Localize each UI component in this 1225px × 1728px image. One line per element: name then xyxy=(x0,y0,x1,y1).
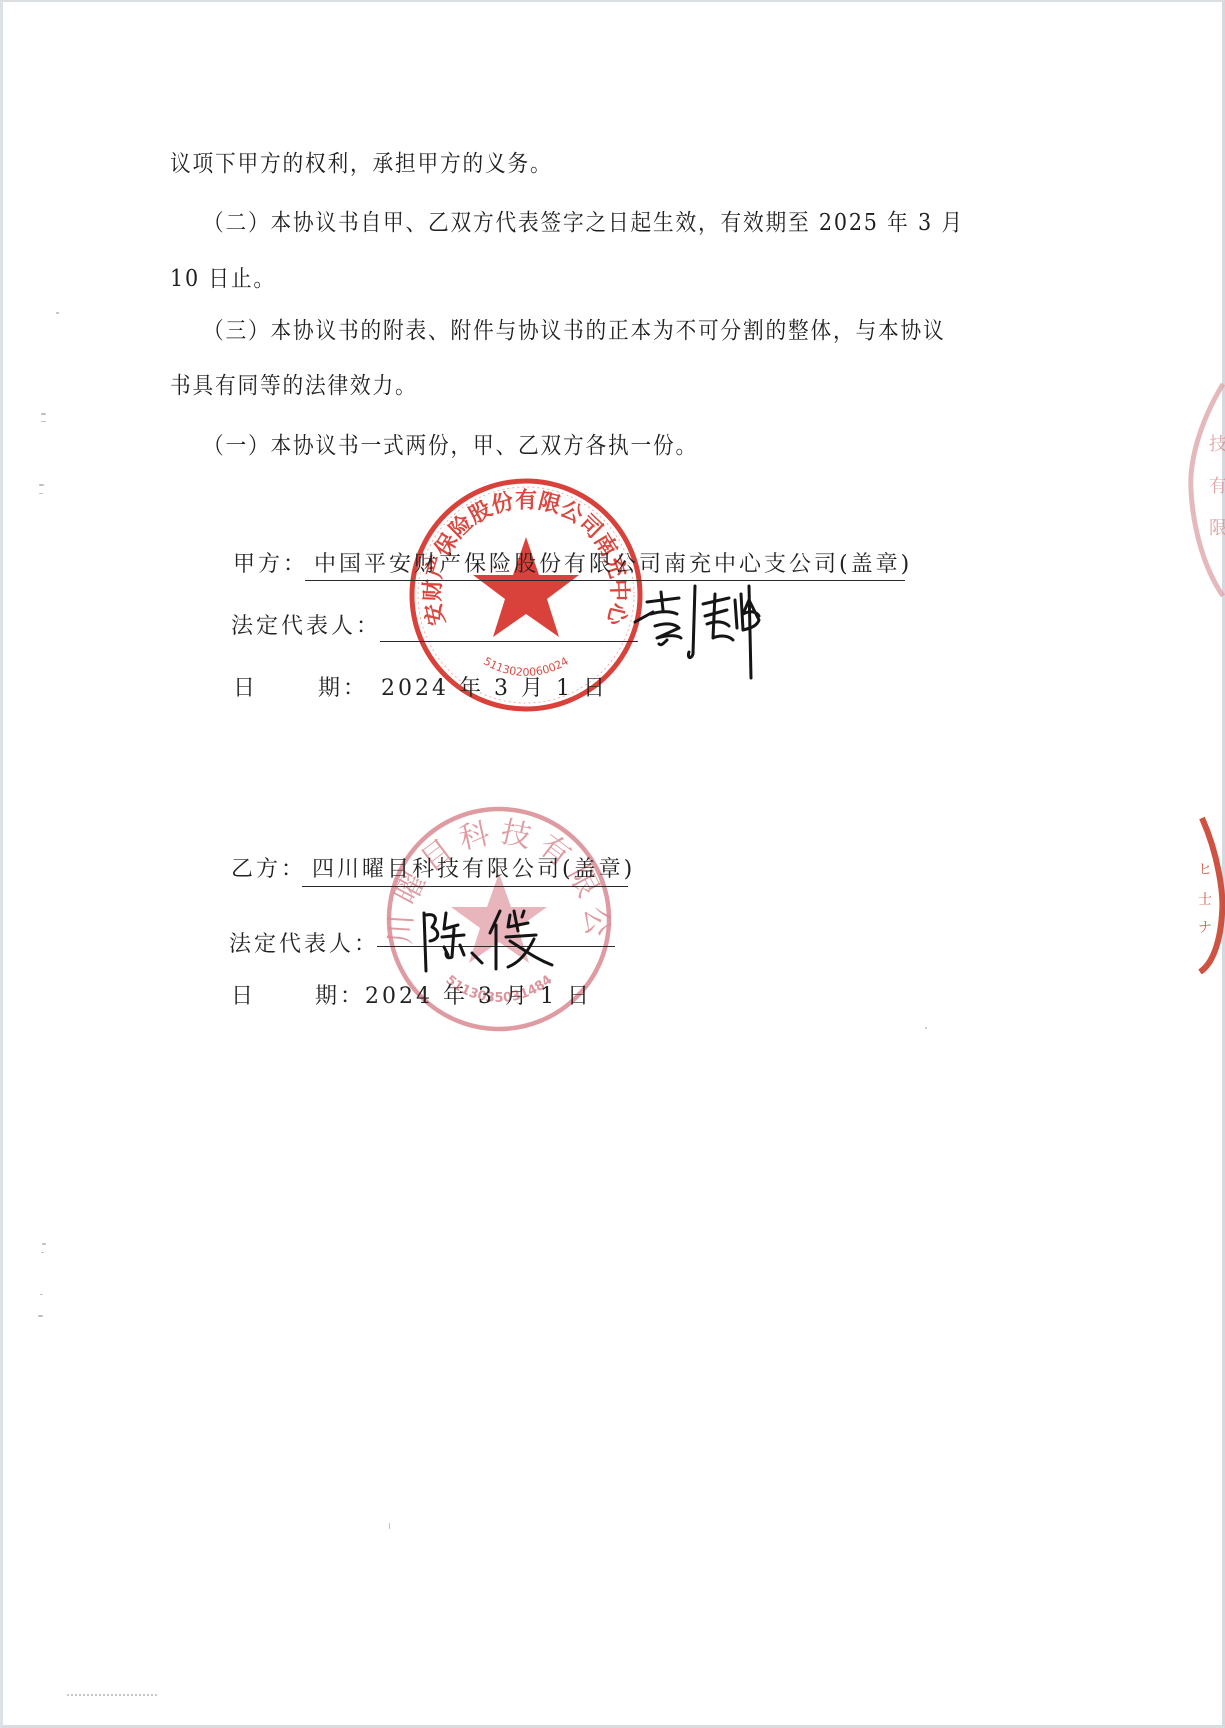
svg-text:士: 士 xyxy=(1198,892,1212,908)
party-a-row: 甲方：中国平安财产保险股份有限公司南充中心支公司(盖章) xyxy=(233,550,912,580)
party-b-signature xyxy=(418,907,558,977)
paragraph-line: （一）本协议书一式两份，甲、乙双方各执一份。 xyxy=(203,431,698,461)
scan-speck xyxy=(925,1027,927,1029)
scan-speck xyxy=(41,413,46,415)
party-b-rep-underline xyxy=(377,946,615,948)
party-b-row: 乙方：四川曜目科技有限公司(盖章) xyxy=(231,855,635,885)
seam-seal-fragment-bottom: ヒ 士 ナ xyxy=(1196,814,1225,974)
scan-speck xyxy=(56,312,59,314)
svg-text:技: 技 xyxy=(1209,434,1225,455)
scan-speck xyxy=(39,484,44,486)
party-a-date-value: 2024 年 3 月 1 日 xyxy=(381,674,608,704)
party-b-label: 乙方： xyxy=(231,857,306,882)
svg-text:ヒ: ヒ xyxy=(1198,862,1212,878)
scan-speck xyxy=(39,493,43,494)
svg-text:限: 限 xyxy=(1209,518,1225,539)
party-a-date-label-2: 期： xyxy=(318,674,368,704)
scan-speck xyxy=(41,421,46,422)
scan-speck xyxy=(42,1243,46,1245)
paragraph-line: 10 日止。 xyxy=(170,264,276,294)
paragraph-line: 书具有同等的法律效力。 xyxy=(170,371,418,401)
scan-speck xyxy=(389,1523,390,1529)
paragraph-line: 议项下甲方的权利，承担甲方的义务。 xyxy=(170,149,553,179)
party-a-label: 甲方： xyxy=(233,552,308,577)
svg-text:ナ: ナ xyxy=(1198,920,1212,936)
party-a-rep-underline xyxy=(380,641,638,643)
paragraph-line: （三）本协议书的附表、附件与协议书的正本为不可分割的整体，与本协议 xyxy=(203,316,946,346)
scan-speck xyxy=(38,1315,43,1317)
scan-speck xyxy=(41,1252,44,1253)
party-a-rep-label: 法定代表人： xyxy=(231,612,381,642)
document-page: 议项下甲方的权利，承担甲方的义务。 （二）本协议书自甲、乙双方代表签字之日起生效… xyxy=(0,0,1225,1728)
scan-speck xyxy=(40,1294,43,1295)
svg-text:有: 有 xyxy=(1209,476,1225,497)
party-a-company-underline xyxy=(305,580,905,582)
party-a-date-label-1: 日 xyxy=(233,674,258,704)
party-b-date-value: 2024 年 3 月 1 日 xyxy=(365,982,592,1012)
seam-seal-fragment-top: 技 有 限 xyxy=(1183,380,1225,600)
party-b-date-label-2: 期： xyxy=(315,982,365,1012)
party-a-company: 中国平安财产保险股份有限公司南充中心支公司(盖章) xyxy=(314,552,912,577)
party-b-date-label-1: 日 xyxy=(231,982,256,1012)
footer-scan-artifact xyxy=(67,1694,157,1696)
party-b-company: 四川曜目科技有限公司(盖章) xyxy=(312,857,635,882)
party-b-rep-label: 法定代表人： xyxy=(229,930,379,960)
party-a-signature xyxy=(633,580,783,680)
party-b-company-underline xyxy=(302,886,628,888)
paragraph-line: （二）本协议书自甲、乙双方代表签字之日起生效，有效期至 2025 年 3 月 xyxy=(203,208,964,238)
